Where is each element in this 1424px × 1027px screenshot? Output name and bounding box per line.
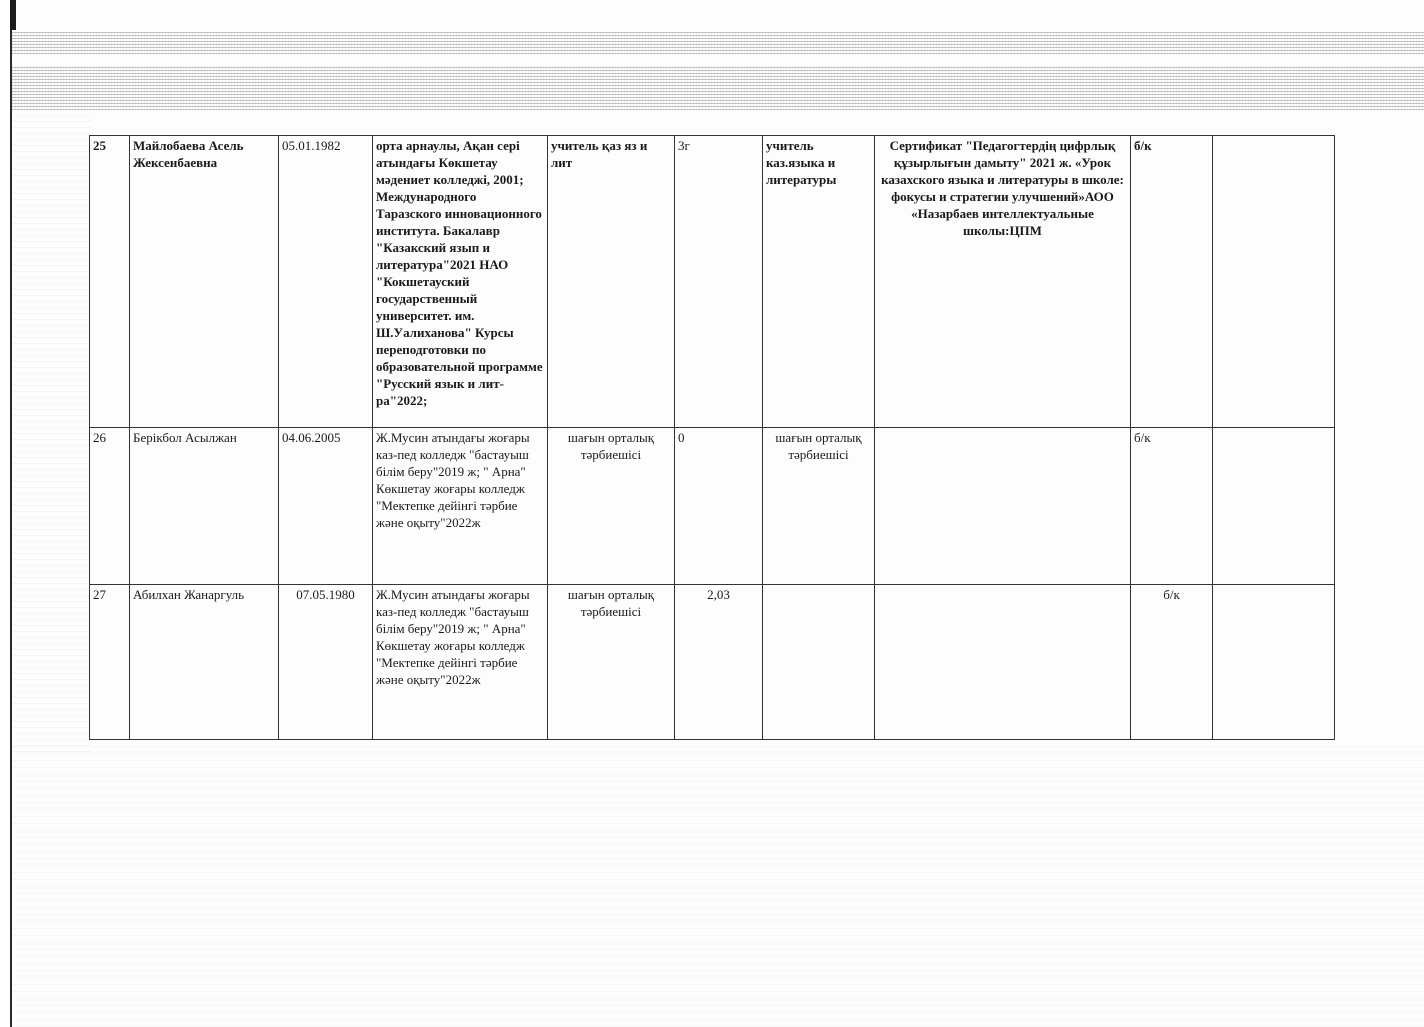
birth-date: 04.06.2005 bbox=[279, 428, 373, 585]
position: шағын орталық тәрбиешісі bbox=[548, 585, 675, 740]
notes bbox=[1213, 585, 1335, 740]
category: б/к bbox=[1131, 585, 1213, 740]
row-number: 27 bbox=[90, 585, 130, 740]
experience: 0 bbox=[675, 428, 763, 585]
diploma-specialty: учитель каз.языка и литературы bbox=[763, 136, 875, 428]
category: б/к bbox=[1131, 428, 1213, 585]
scan-noise bbox=[12, 112, 92, 752]
scan-artifact-band bbox=[12, 66, 1424, 110]
full-name: Абилхан Жанаргуль bbox=[130, 585, 279, 740]
diploma-specialty: шағын орталық тәрбиешісі bbox=[763, 428, 875, 585]
scan-artifact-band bbox=[12, 32, 1424, 54]
category: б/к bbox=[1131, 136, 1213, 428]
scan-left-edge bbox=[0, 0, 12, 1027]
position: учитель қаз яз и лит bbox=[548, 136, 675, 428]
courses: Сертификат "Педагогтердің цифрлық құзырл… bbox=[875, 136, 1131, 428]
education: орта арнаулы, Ақан сері атындағы Көкшета… bbox=[373, 136, 548, 428]
full-name: Берікбол Асылжан bbox=[130, 428, 279, 585]
experience: 2,03 bbox=[675, 585, 763, 740]
courses bbox=[875, 428, 1131, 585]
staff-table: 25 Майлобаева Асель Жексенбаевна 05.01.1… bbox=[89, 135, 1335, 740]
education: Ж.Мусин атындағы жоғары каз-пед колледж … bbox=[373, 428, 548, 585]
diploma-specialty bbox=[763, 585, 875, 740]
education: Ж.Мусин атындағы жоғары каз-пед колледж … bbox=[373, 585, 548, 740]
birth-date: 07.05.1980 bbox=[279, 585, 373, 740]
birth-date: 05.01.1982 bbox=[279, 136, 373, 428]
table-row: 27 Абилхан Жанаргуль 07.05.1980 Ж.Мусин … bbox=[90, 585, 1335, 740]
courses bbox=[875, 585, 1131, 740]
position: шағын орталық тәрбиешісі bbox=[548, 428, 675, 585]
scan-noise bbox=[12, 745, 1424, 1027]
full-name: Майлобаева Асель Жексенбаевна bbox=[130, 136, 279, 428]
notes bbox=[1213, 428, 1335, 585]
experience: 3г bbox=[675, 136, 763, 428]
scan-edge-mark bbox=[10, 0, 16, 30]
notes bbox=[1213, 136, 1335, 428]
table-row: 25 Майлобаева Асель Жексенбаевна 05.01.1… bbox=[90, 136, 1335, 428]
row-number: 25 bbox=[90, 136, 130, 428]
row-number: 26 bbox=[90, 428, 130, 585]
table-row: 26 Берікбол Асылжан 04.06.2005 Ж.Мусин а… bbox=[90, 428, 1335, 585]
